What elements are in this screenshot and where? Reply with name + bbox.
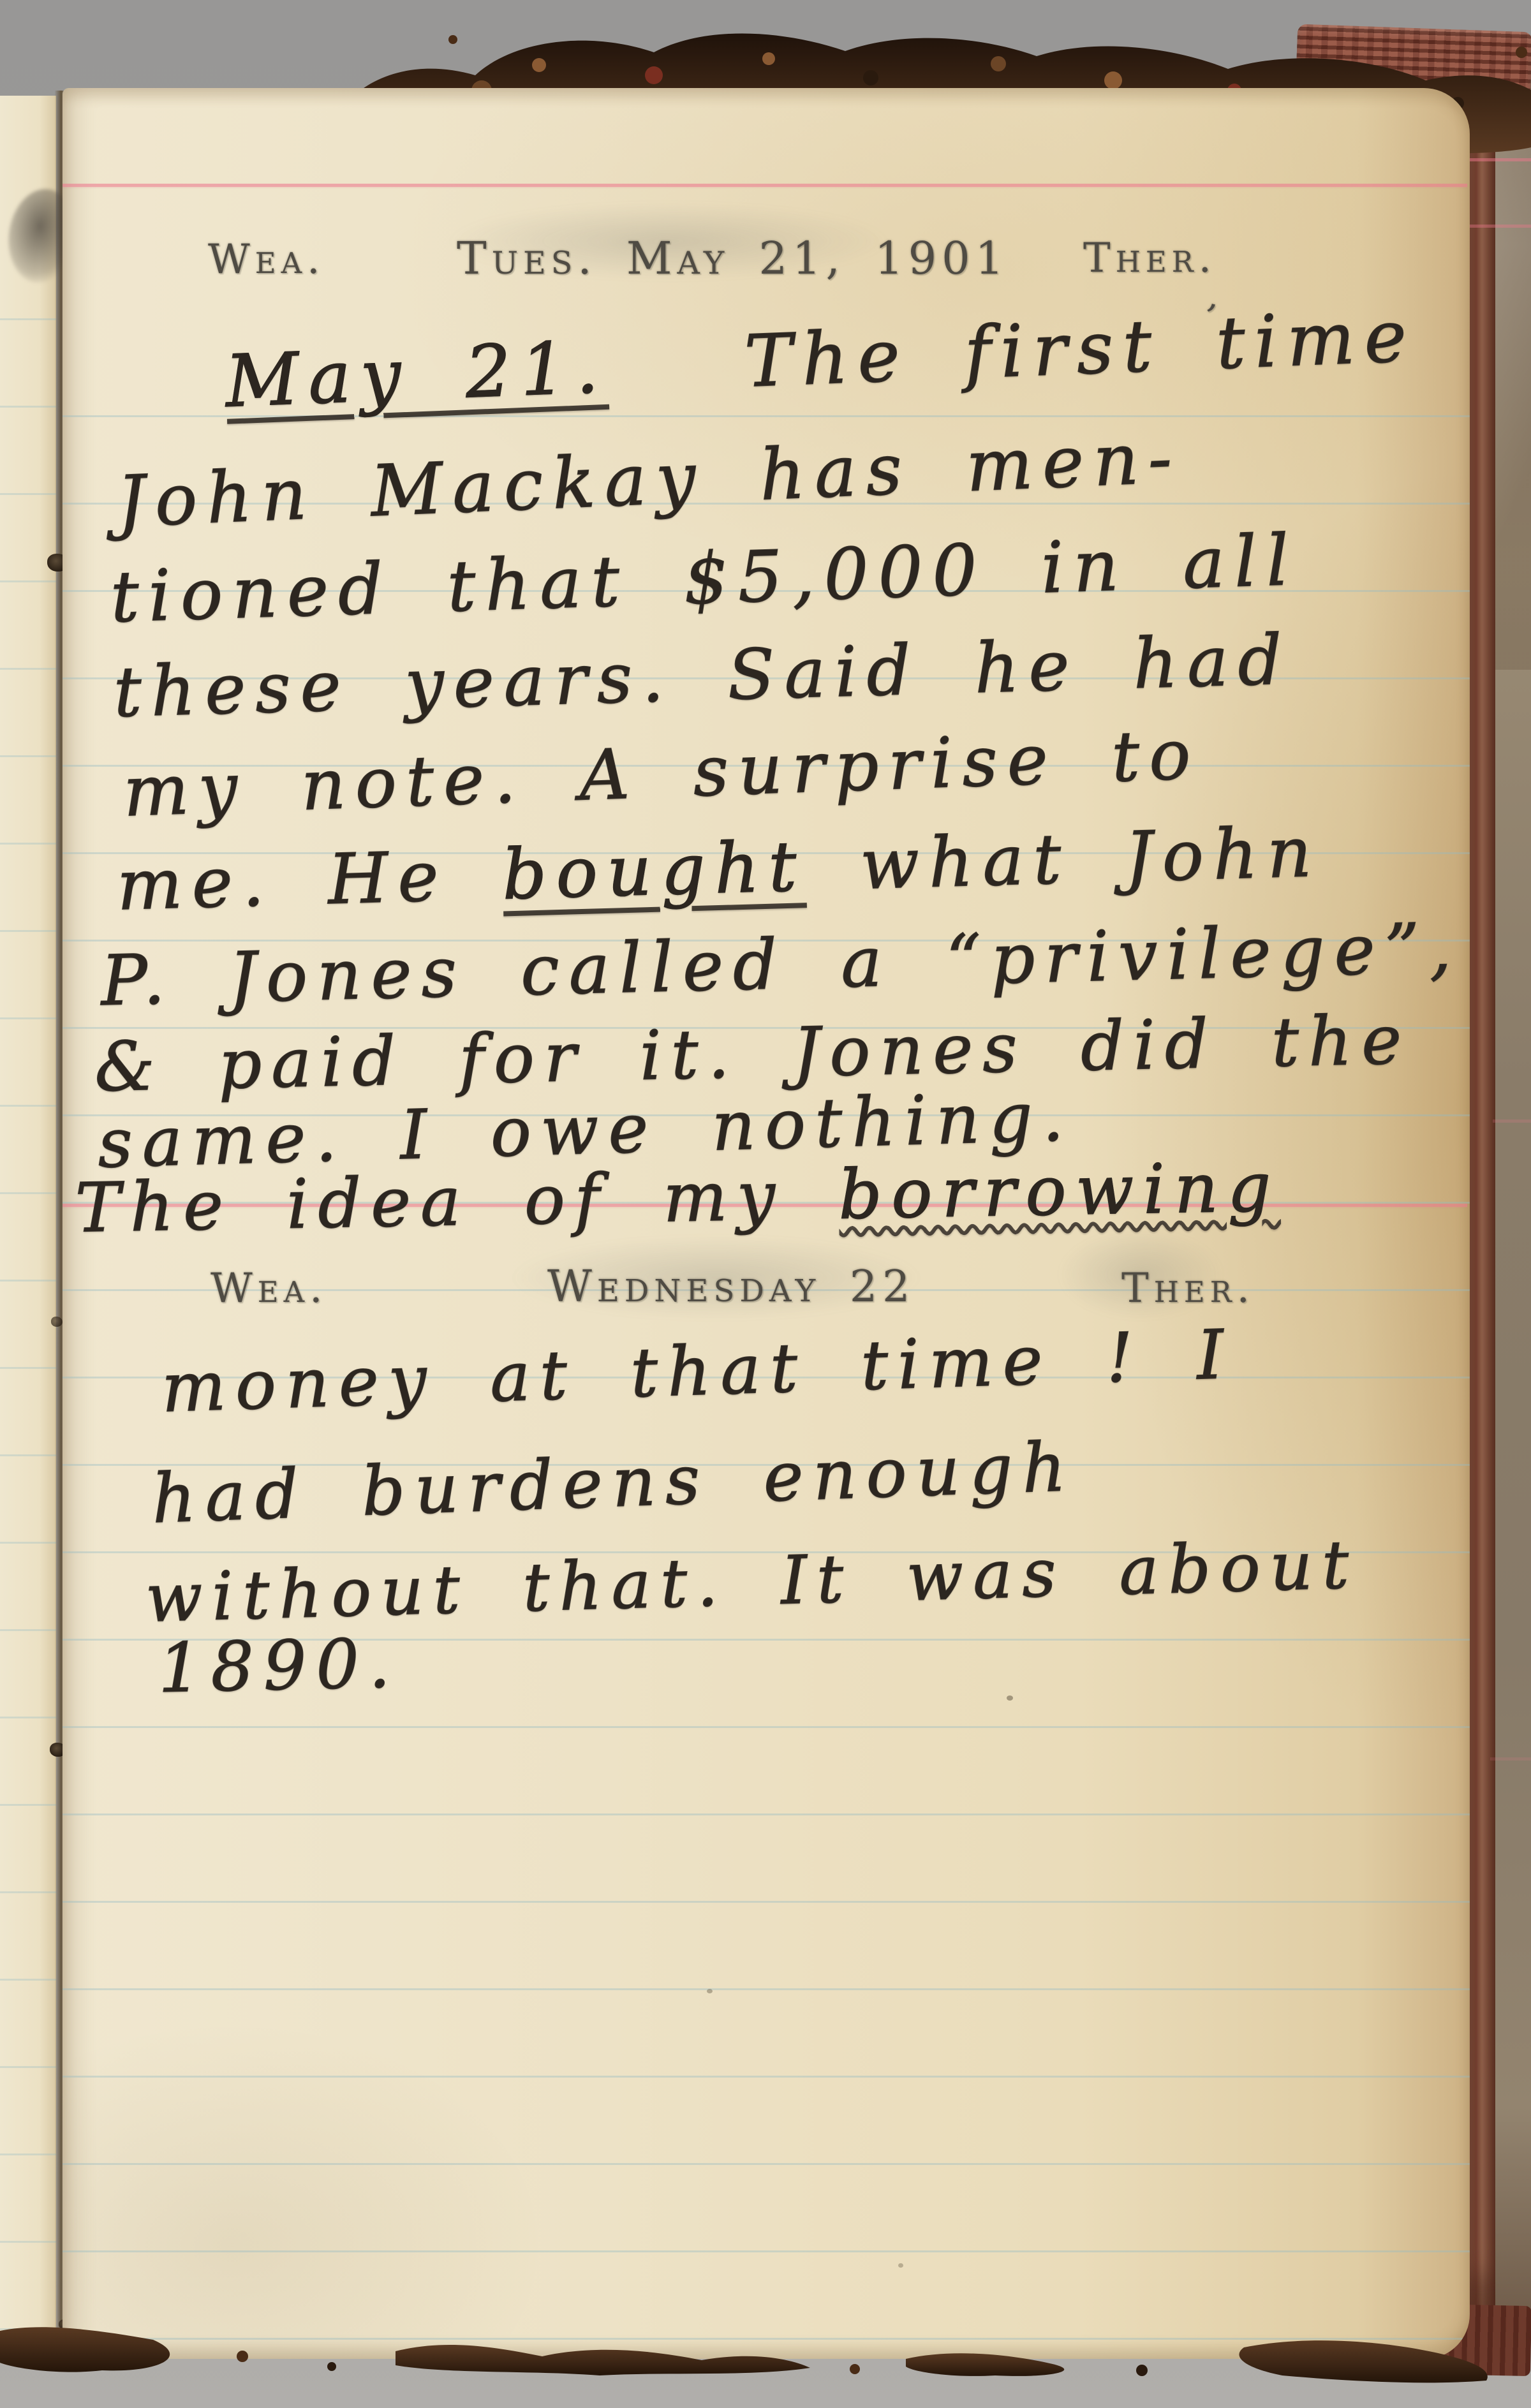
handwriting-segment: May 21. — [224, 326, 609, 424]
binding-debris-bottom — [0, 2312, 1496, 2386]
pink-edge-line — [1490, 1757, 1531, 1761]
printed-date-wednesday22: Wednesday 22 — [547, 1262, 915, 1312]
printed-weather-label-top: Wea. — [208, 236, 325, 283]
paper-speck — [898, 2263, 903, 2268]
pink-edge-line — [1493, 1119, 1531, 1123]
handwriting-segment: me. He — [116, 836, 504, 926]
handwriting-segment: 1890. — [158, 1624, 401, 1708]
diary-page: Wea. Tues. May 21, 1901 Ther. , May 21.T… — [63, 88, 1470, 2359]
sliver-ruled-lines — [0, 233, 56, 2338]
printed-thermometer-label-mid: Ther. — [1121, 1265, 1255, 1312]
printed-date-may21: Tues. May 21, 1901 — [457, 232, 1009, 284]
page-block-fore-edge — [1466, 82, 1495, 2314]
handwriting-segment: borrowing — [838, 1148, 1281, 1234]
handwriting-segment: The idea of my — [75, 1156, 839, 1248]
pink-rule-top — [63, 184, 1467, 187]
handwriting-line: 1890. — [158, 1624, 401, 1708]
handwriting-segment: bought — [501, 827, 807, 915]
previous-page-sliver — [0, 96, 56, 2346]
printed-thermometer-label-top: Ther. — [1083, 235, 1217, 282]
handwriting-segment: what John — [804, 813, 1322, 907]
diary-scan: Wea. Tues. May 21, 1901 Ther. , May 21.T… — [0, 0, 1531, 2408]
stitch-hole — [51, 1317, 63, 1327]
paper-speck — [707, 1989, 713, 1993]
printed-weather-label-mid: Wea. — [211, 1265, 327, 1312]
pink-edge-line — [1470, 225, 1531, 228]
paper-speck — [1007, 1695, 1013, 1701]
